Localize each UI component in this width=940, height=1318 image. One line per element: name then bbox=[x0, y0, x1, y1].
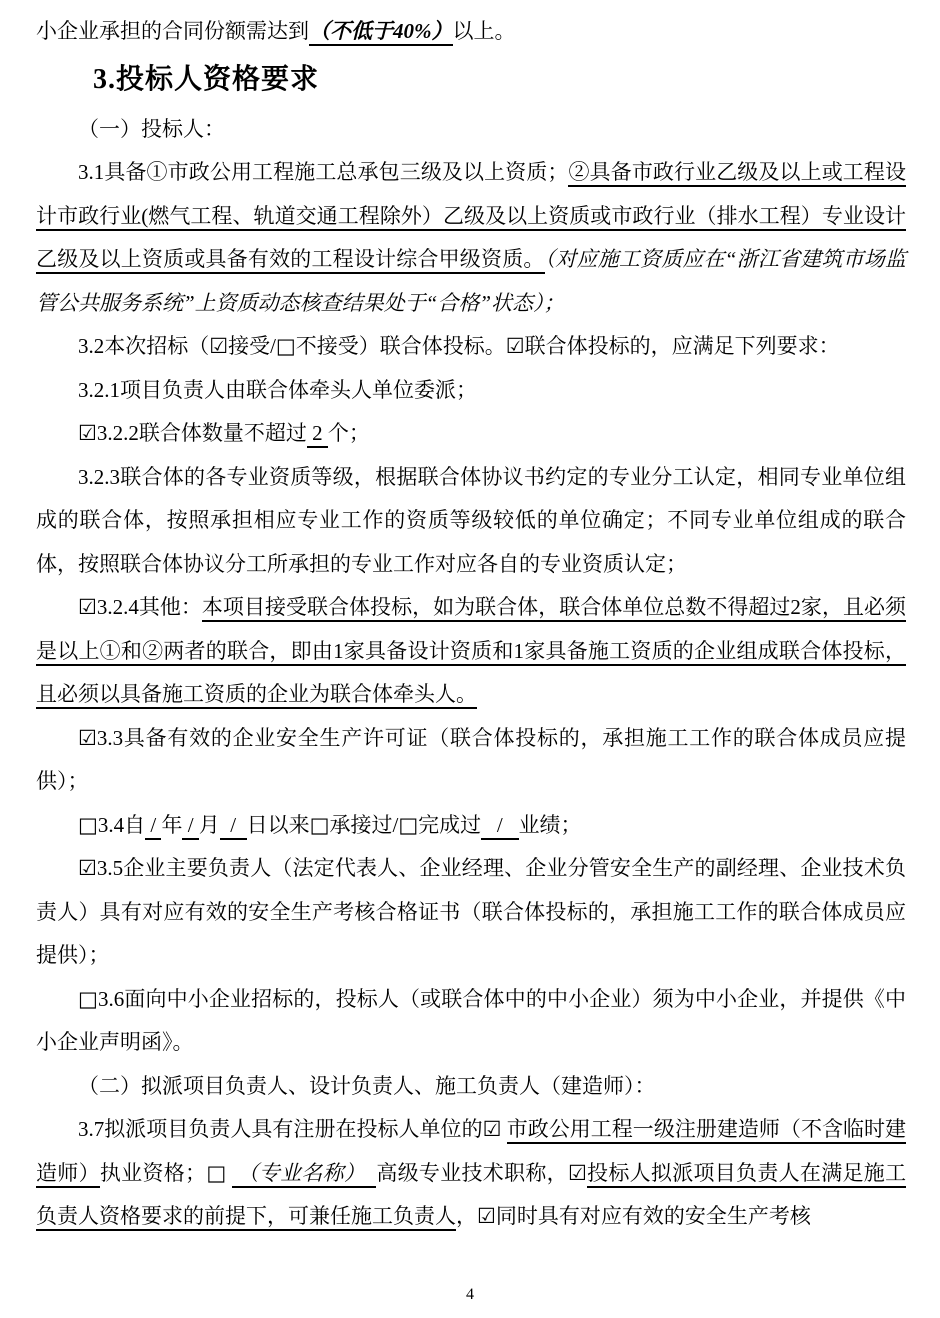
text-run: 执业资格； bbox=[100, 1161, 206, 1185]
text-run: 3.7拟派项目负责人具有注册在投标人单位的 bbox=[78, 1117, 483, 1141]
text-run: （一）投标人： bbox=[78, 117, 225, 141]
text-run: 3.5企业主要负责人（法定代表人、企业经理、企业分管安全生产的副经理、企业技术负… bbox=[36, 856, 906, 967]
text-run: 3.2.4其他： bbox=[97, 595, 202, 619]
para-3-2-consortium-bidding: 3.2本次招标（☑接受/□不接受）联合体投标。☑联合体投标的，应满足下列要求： bbox=[36, 325, 906, 369]
text-run: 不接受）联合体投标。 bbox=[296, 334, 506, 358]
text-run: 3.4自 bbox=[98, 813, 145, 837]
section-heading-bidder-qualifications: 3.投标人资格要求 bbox=[93, 60, 906, 100]
text-run: 3.2.1项目负责人由联合体牵头人单位委派； bbox=[78, 378, 477, 402]
text-run: 3.6面向中小企业招标的，投标人（或联合体中的中小企业）须为中小企业，并提供《中… bbox=[36, 987, 906, 1055]
checkbox-unchecked-icon: □ bbox=[310, 813, 330, 837]
para-3-2-1-project-leader: 3.2.1项目负责人由联合体牵头人单位委派； bbox=[36, 369, 906, 413]
text-run: 高级专业技术职称， bbox=[376, 1161, 568, 1185]
checkbox-checked-icon: ☑ bbox=[78, 856, 97, 880]
text-run: / bbox=[182, 813, 198, 840]
para-3-2-3-qualification-grades: 3.2.3联合体的各专业资质等级，根据联合体协议书约定的专业分工认定，相同专业单… bbox=[36, 456, 906, 587]
text-run: （专业名称） bbox=[232, 1161, 376, 1188]
page-number: 4 bbox=[0, 1286, 940, 1304]
text-run: 3.2本次招标（ bbox=[78, 334, 209, 358]
checkbox-checked-icon: ☑ bbox=[506, 334, 525, 358]
checkbox-unchecked-icon: □ bbox=[206, 1161, 226, 1185]
para-3-7-registered-constructor: 3.7拟派项目负责人具有注册在投标人单位的☑ 市政公用工程一级注册建造师（不含临… bbox=[36, 1108, 906, 1239]
para-3-2-4-other: ☑3.2.4其他：本项目接受联合体投标，如为联合体，联合体单位总数不得超过2家，… bbox=[36, 586, 906, 717]
checkbox-unchecked-icon: □ bbox=[276, 334, 296, 358]
text-run: 3.投标人资格要求 bbox=[93, 64, 319, 95]
checkbox-checked-icon: ☑ bbox=[78, 421, 97, 445]
text-run: 日以来 bbox=[247, 813, 310, 837]
checkbox-checked-icon: ☑ bbox=[209, 334, 228, 358]
checkbox-checked-icon: ☑ bbox=[568, 1161, 587, 1185]
text-run: 3.1具备①市政公用工程施工总承包三级及以上资质； bbox=[78, 160, 568, 184]
text-run: ， bbox=[456, 1204, 477, 1228]
para-3-6-sme-declaration: □3.6面向中小企业招标的，投标人（或联合体中的中小企业）须为中小企业，并提供《… bbox=[36, 978, 906, 1065]
document-page: 小企业承担的合同份额需达到（不低于40%）以上。3.投标人资格要求（一）投标人：… bbox=[0, 0, 940, 1318]
text-run: 3.2.3联合体的各专业资质等级，根据联合体协议书约定的专业分工认定，相同专业单… bbox=[36, 465, 906, 576]
text-run bbox=[501, 1117, 506, 1141]
text-run: / bbox=[220, 813, 247, 840]
text-run: 个； bbox=[328, 421, 370, 445]
text-run: 3.3具备有效的企业安全生产许可证（联合体投标的，承担施工工作的联合体成员应提供… bbox=[36, 726, 906, 794]
text-run: 小企业承担的合同份额需达到 bbox=[36, 19, 309, 43]
text-run: 完成过 bbox=[418, 813, 481, 837]
para-3-4-track-record: □3.4自 / 年 / 月 / 日以来□承接过/□完成过 / 业绩； bbox=[36, 804, 906, 848]
text-run: 年 bbox=[161, 813, 182, 837]
checkbox-checked-icon: ☑ bbox=[78, 595, 97, 619]
checkbox-unchecked-icon: □ bbox=[78, 813, 98, 837]
para-subsection-2-proposed-leaders: （二）拟派项目负责人、设计负责人、施工负责人（建造师）： bbox=[36, 1065, 906, 1109]
para-3-2-2-consortium-count: ☑3.2.2联合体数量不超过 2 个； bbox=[36, 412, 906, 456]
text-run: 同时具有对应有效的安全生产考核 bbox=[496, 1204, 811, 1228]
document-body: 小企业承担的合同份额需达到（不低于40%）以上。3.投标人资格要求（一）投标人：… bbox=[0, 0, 940, 1239]
text-run: 3.2.2联合体数量不超过 bbox=[97, 421, 307, 445]
checkbox-unchecked-icon: □ bbox=[78, 987, 98, 1011]
text-run: （二）拟派项目负责人、设计负责人、施工负责人（建造师）： bbox=[78, 1074, 656, 1098]
text-run: / bbox=[481, 813, 518, 840]
text-run: 承接过/ bbox=[329, 813, 398, 837]
para-3-1-qualifications: 3.1具备①市政公用工程施工总承包三级及以上资质；②具备市政行业乙级及以上或工程… bbox=[36, 151, 906, 325]
checkbox-checked-icon: ☑ bbox=[483, 1117, 502, 1141]
text-run: 以上。 bbox=[453, 19, 516, 43]
checkbox-checked-icon: ☑ bbox=[78, 726, 97, 750]
para-3-5-key-personnel-certificates: ☑3.5企业主要负责人（法定代表人、企业经理、企业分管安全生产的副经理、企业技术… bbox=[36, 847, 906, 978]
text-run: 业绩； bbox=[519, 813, 582, 837]
text-run: 2 bbox=[307, 421, 328, 448]
para-subsection-1-bidder: （一）投标人： bbox=[36, 108, 906, 152]
checkbox-checked-icon: ☑ bbox=[477, 1204, 496, 1228]
para-3-3-safety-production-license: ☑3.3具备有效的企业安全生产许可证（联合体投标的，承担施工工作的联合体成员应提… bbox=[36, 717, 906, 804]
text-run: 月 bbox=[199, 813, 220, 837]
para-small-enterprise-share: 小企业承担的合同份额需达到（不低于40%）以上。 bbox=[36, 10, 906, 54]
text-run: 接受/ bbox=[228, 334, 276, 358]
text-run: 联合体投标的，应满足下列要求： bbox=[525, 334, 840, 358]
checkbox-unchecked-icon: □ bbox=[398, 813, 418, 837]
text-run: / bbox=[145, 813, 161, 840]
text-run: （不低于40%） bbox=[309, 19, 453, 46]
